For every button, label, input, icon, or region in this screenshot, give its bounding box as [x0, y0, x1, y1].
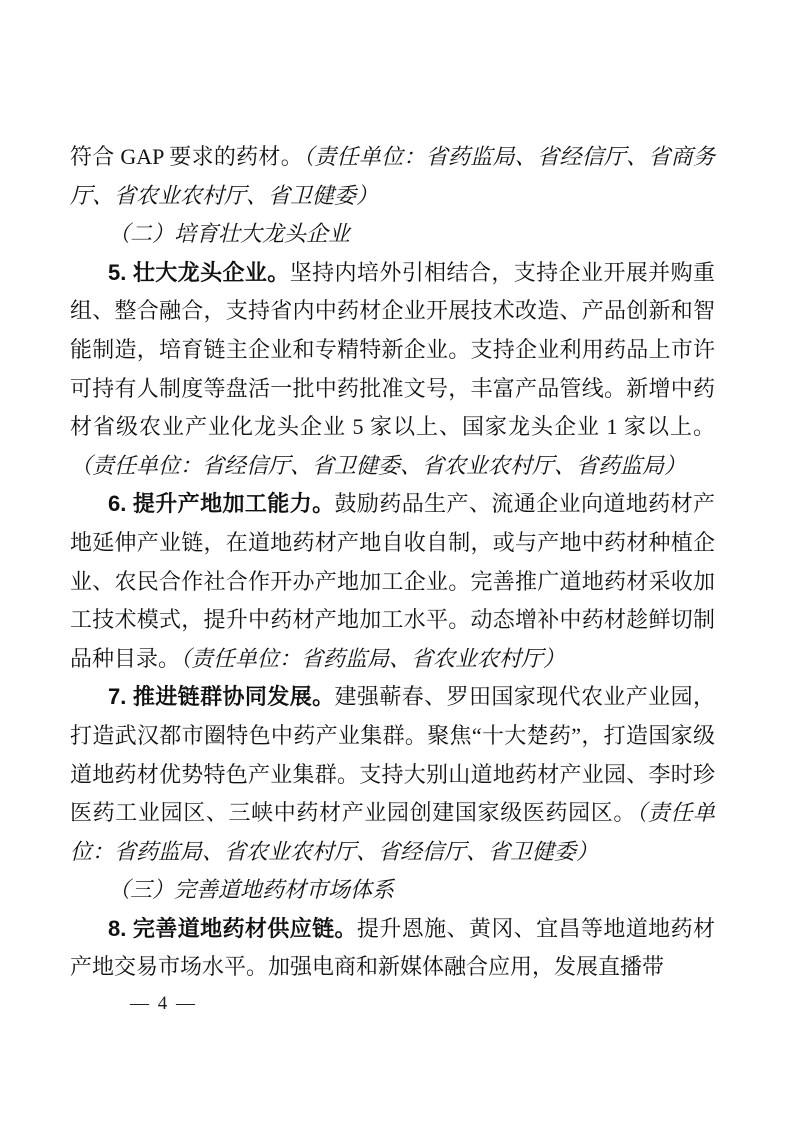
document-page: { "page": { "background_color": "#ffffff…	[0, 0, 795, 1124]
item-lead: 6. 提升产地加工能力。	[108, 491, 335, 516]
item-lead: 7. 推进链群协同发展。	[108, 684, 335, 709]
paragraph-item-7: 7. 推进链群协同发展。建强蕲春、罗田国家现代农业产业园，打造武汉都市圈特色中药…	[70, 678, 715, 871]
heading-text: （二）培育壮大龙头企业	[108, 221, 350, 246]
paragraph-item-8: 8. 完善道地药材供应链。提升恩施、黄冈、宜昌等地道地药材产地交易市场水平。加强…	[70, 910, 715, 987]
body-text: 坚持内培外引相结合，支持企业开展并购重组、整合融合，支持省内中药材企业开展技术改…	[70, 260, 715, 439]
heading-text: （三）完善道地药材市场体系	[108, 877, 394, 902]
paragraph-item-6: 6. 提升产地加工能力。鼓励药品生产、流通企业向道地药材产地延伸产业链，在道地药…	[70, 485, 715, 678]
body-text: 符合 GAP 要求的药材。	[70, 144, 303, 169]
paragraph-item-5: 5. 壮大龙头企业。坚持内培外引相结合，支持企业开展并购重组、整合融合，支持省内…	[70, 254, 715, 486]
body-text: 鼓励药品生产、流通企业向道地药材产地延伸产业链，在道地药材产地自收自制，或与产地…	[70, 491, 715, 670]
paragraph-gap-continuation: 符合 GAP 要求的药材。（责任单位：省药监局、省经信厅、省商务厅、省农业农村厅…	[70, 138, 715, 215]
responsibility-units: （责任单位：省经信厅、省卫健委、省农业农村厅、省药监局）	[70, 453, 686, 478]
document-text-body: 符合 GAP 要求的药材。（责任单位：省药监局、省经信厅、省商务厅、省农业农村厅…	[70, 138, 715, 987]
section-heading-3: （三）完善道地药材市场体系	[70, 871, 715, 910]
responsibility-units: （责任单位：省药监局、省农业农村厅）	[180, 646, 565, 671]
item-lead: 8. 完善道地药材供应链。	[108, 916, 357, 941]
section-heading-2: （二）培育壮大龙头企业	[70, 215, 715, 254]
page-number: — 4 —	[130, 993, 197, 1015]
item-lead: 5. 壮大龙头企业。	[108, 260, 290, 285]
